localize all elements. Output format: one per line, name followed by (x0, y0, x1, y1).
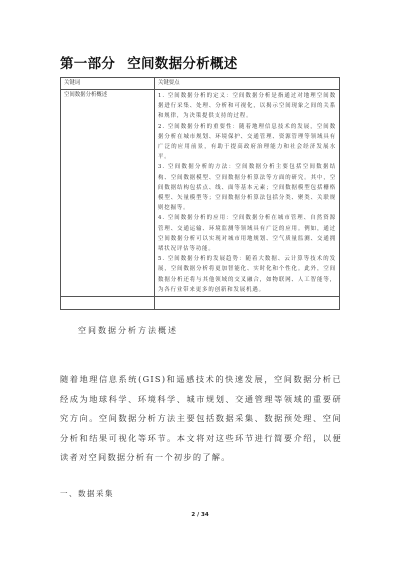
table-row-empty (61, 297, 340, 310)
section-heading: 一、数据采集 (60, 488, 114, 499)
keyword-cell: 空间数据分析概述 (61, 90, 155, 297)
key-point: 2. 空间数据分析的重要性：随着地理信息技术的发展，空间数据分析在城市规划、环境… (158, 122, 336, 163)
key-points-cell: 1. 空间数据分析的定义：空间数据分析是指通过对地理空间数据进行采集、处理、分析… (155, 90, 340, 297)
key-points-table: 关键词 关键要点 空间数据分析概述 1. 空间数据分析的定义：空间数据分析是指通… (60, 77, 340, 310)
empty-cell (61, 297, 155, 310)
page-number: 2 / 34 (0, 512, 400, 518)
body-paragraph: 随着地理信息系统(GIS)和遥感技术的快速发展，空间数据分析已经成为地球科学、环… (60, 370, 342, 468)
subtitle: 空间数据分析方法概述 (78, 325, 178, 336)
title-text: 空间数据分析概述 (127, 56, 237, 72)
key-point: 4. 空间数据分析的应用：空间数据分析在城市管理、自然资源管理、交通运输、环境监… (158, 213, 336, 254)
header-key-points: 关键要点 (155, 78, 340, 90)
key-point: 3. 空间数据分析的方法：空间数据分析主要包括空间数据结构、空间数据模型、空间数… (158, 162, 336, 213)
table-row: 空间数据分析概述 1. 空间数据分析的定义：空间数据分析是指通过对地理空间数据进… (61, 90, 340, 297)
title-part: 第一部分 (60, 56, 115, 72)
page-title: 第一部分空间数据分析概述 (60, 52, 238, 72)
key-point: 5. 空间数据分析的发展趋势：随着大数据、云计算等技术的发展，空间数据分析将更加… (158, 254, 336, 295)
table-header-row: 关键词 关键要点 (61, 78, 340, 90)
key-point: 1. 空间数据分析的定义：空间数据分析是指通过对地理空间数据进行采集、处理、分析… (158, 91, 336, 122)
header-keyword: 关键词 (61, 78, 155, 90)
empty-cell (155, 297, 340, 310)
